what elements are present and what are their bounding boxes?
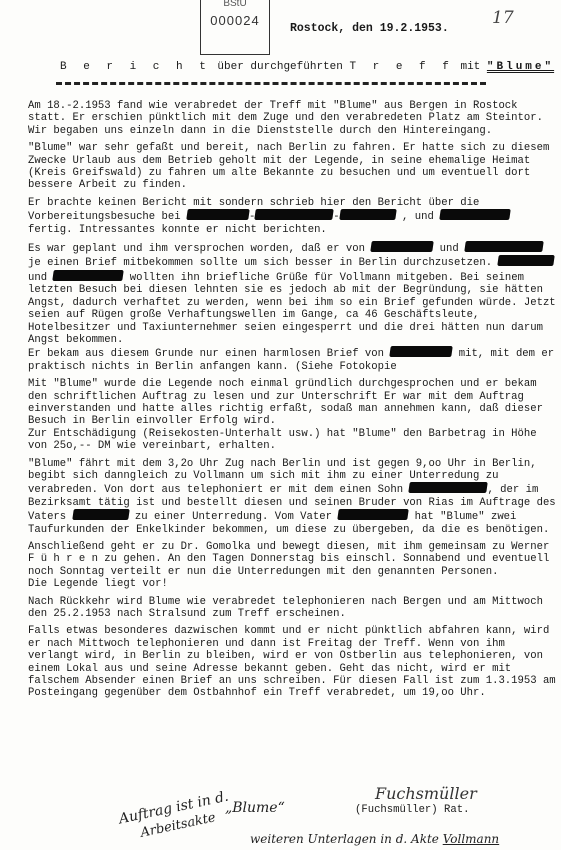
title-underline-rule: [56, 82, 486, 85]
document-title: B e r i c h t über durchgeführten T r e …: [60, 61, 554, 73]
stamp-number: 000024: [201, 13, 269, 28]
paragraph-text: und: [433, 243, 465, 255]
paragraph: Mit "Blume" wurde die Legende noch einma…: [28, 378, 558, 428]
redaction-bar: [439, 209, 511, 220]
redaction-bar: [53, 270, 125, 281]
paragraph: Nach Rückkehr wird Blume wie verabredet …: [28, 596, 558, 621]
document-page: BStU 000024 Rostock, den 19.2.1953. 17 B…: [0, 0, 561, 850]
archive-stamp: BStU 000024: [200, 0, 270, 55]
paragraph: Er brachte keinen Bericht mit sondern sc…: [28, 197, 558, 236]
paragraph-text: Zur Entschädigung (Reisekosten-Unterhalt…: [28, 428, 543, 452]
paragraph: Falls etwas besonderes dazwischen kommt …: [28, 625, 558, 699]
paragraph: Er bekam aus diesem Grunde nur einen har…: [28, 346, 558, 373]
paragraph-text: Er bekam aus diesem Grunde nur einen har…: [28, 348, 390, 360]
paragraph-text: Die Legende liegt vor!: [28, 578, 168, 590]
title-treff: T r e f f: [349, 61, 453, 73]
report-body: Am 18.-2.1953 fand wie verabredet der Tr…: [28, 100, 558, 705]
title-bericht: B e r i c h t: [60, 61, 211, 73]
paragraph-text: , und: [396, 211, 441, 223]
redaction-bar: [72, 509, 130, 520]
paragraph: "Blume" fährt mit dem 3,2o Uhr Zug nach …: [28, 458, 558, 536]
signer-name: (Fuchsmüller) Rat.: [355, 804, 469, 816]
paragraph-text: Mit "Blume" wurde die Legende noch einma…: [28, 378, 549, 427]
redaction-bar: [390, 346, 454, 357]
paragraph-text: Anschließend geht er zu Dr. Gomolka und …: [28, 541, 556, 578]
bottom-note-prefix: weiteren Unterlagen in d. Akte: [250, 832, 443, 846]
paragraph: "Blume" war sehr gefaßt und bereit, nach…: [28, 142, 558, 192]
paragraph-text: wollten ihn briefliche Grüße für Vollman…: [28, 272, 561, 346]
paragraph: Es war geplant und ihm versprochen worde…: [28, 241, 558, 346]
paragraph: Anschließend geht er zu Dr. Gomolka und …: [28, 541, 558, 578]
title-middle: über durchgeführten: [211, 61, 350, 73]
paragraph-text: "Blume" war sehr gefaßt und bereit, nach…: [28, 142, 556, 191]
redaction-bar: [371, 241, 435, 252]
paragraph: Zur Entschädigung (Reisekosten-Unterhalt…: [28, 428, 558, 453]
paragraph-text: Nach Rückkehr wird Blume wie verabredet …: [28, 596, 549, 620]
paragraph: Am 18.-2.1953 fand wie verabredet der Tr…: [28, 100, 558, 137]
handwritten-signature: Fuchsmüller: [375, 784, 477, 803]
bottom-note-name: Vollmann: [443, 832, 499, 846]
redaction-bar: [186, 209, 250, 220]
redaction-bar: [498, 255, 556, 266]
place-date: Rostock, den 19.2.1953.: [290, 22, 449, 35]
paragraph-text: Es war geplant und ihm versprochen worde…: [28, 243, 371, 255]
stamp-org: BStU: [201, 0, 269, 9]
handwritten-note-bottom: weiteren Unterlagen in d. Akte Vollmann: [250, 832, 499, 846]
folio-number: 17: [492, 8, 514, 28]
paragraph-text: Am 18.-2.1953 fand wie verabredet der Tr…: [28, 100, 549, 137]
paragraph-text: zu einer Unterredung. Vom Vater: [129, 511, 339, 523]
redaction-bar: [409, 482, 489, 493]
redaction-bar: [338, 509, 410, 520]
paragraph-text: Falls etwas besonderes dazwischen kommt …: [28, 625, 561, 699]
paragraph: Die Legende liegt vor!: [28, 578, 558, 590]
redaction-bar: [339, 209, 397, 220]
redaction-bar: [255, 209, 335, 220]
title-mit: mit: [454, 61, 487, 73]
title-codename: "Blume": [487, 61, 554, 73]
redaction-bar: [464, 241, 544, 252]
handwritten-note-codename: „Blume“: [225, 800, 285, 816]
